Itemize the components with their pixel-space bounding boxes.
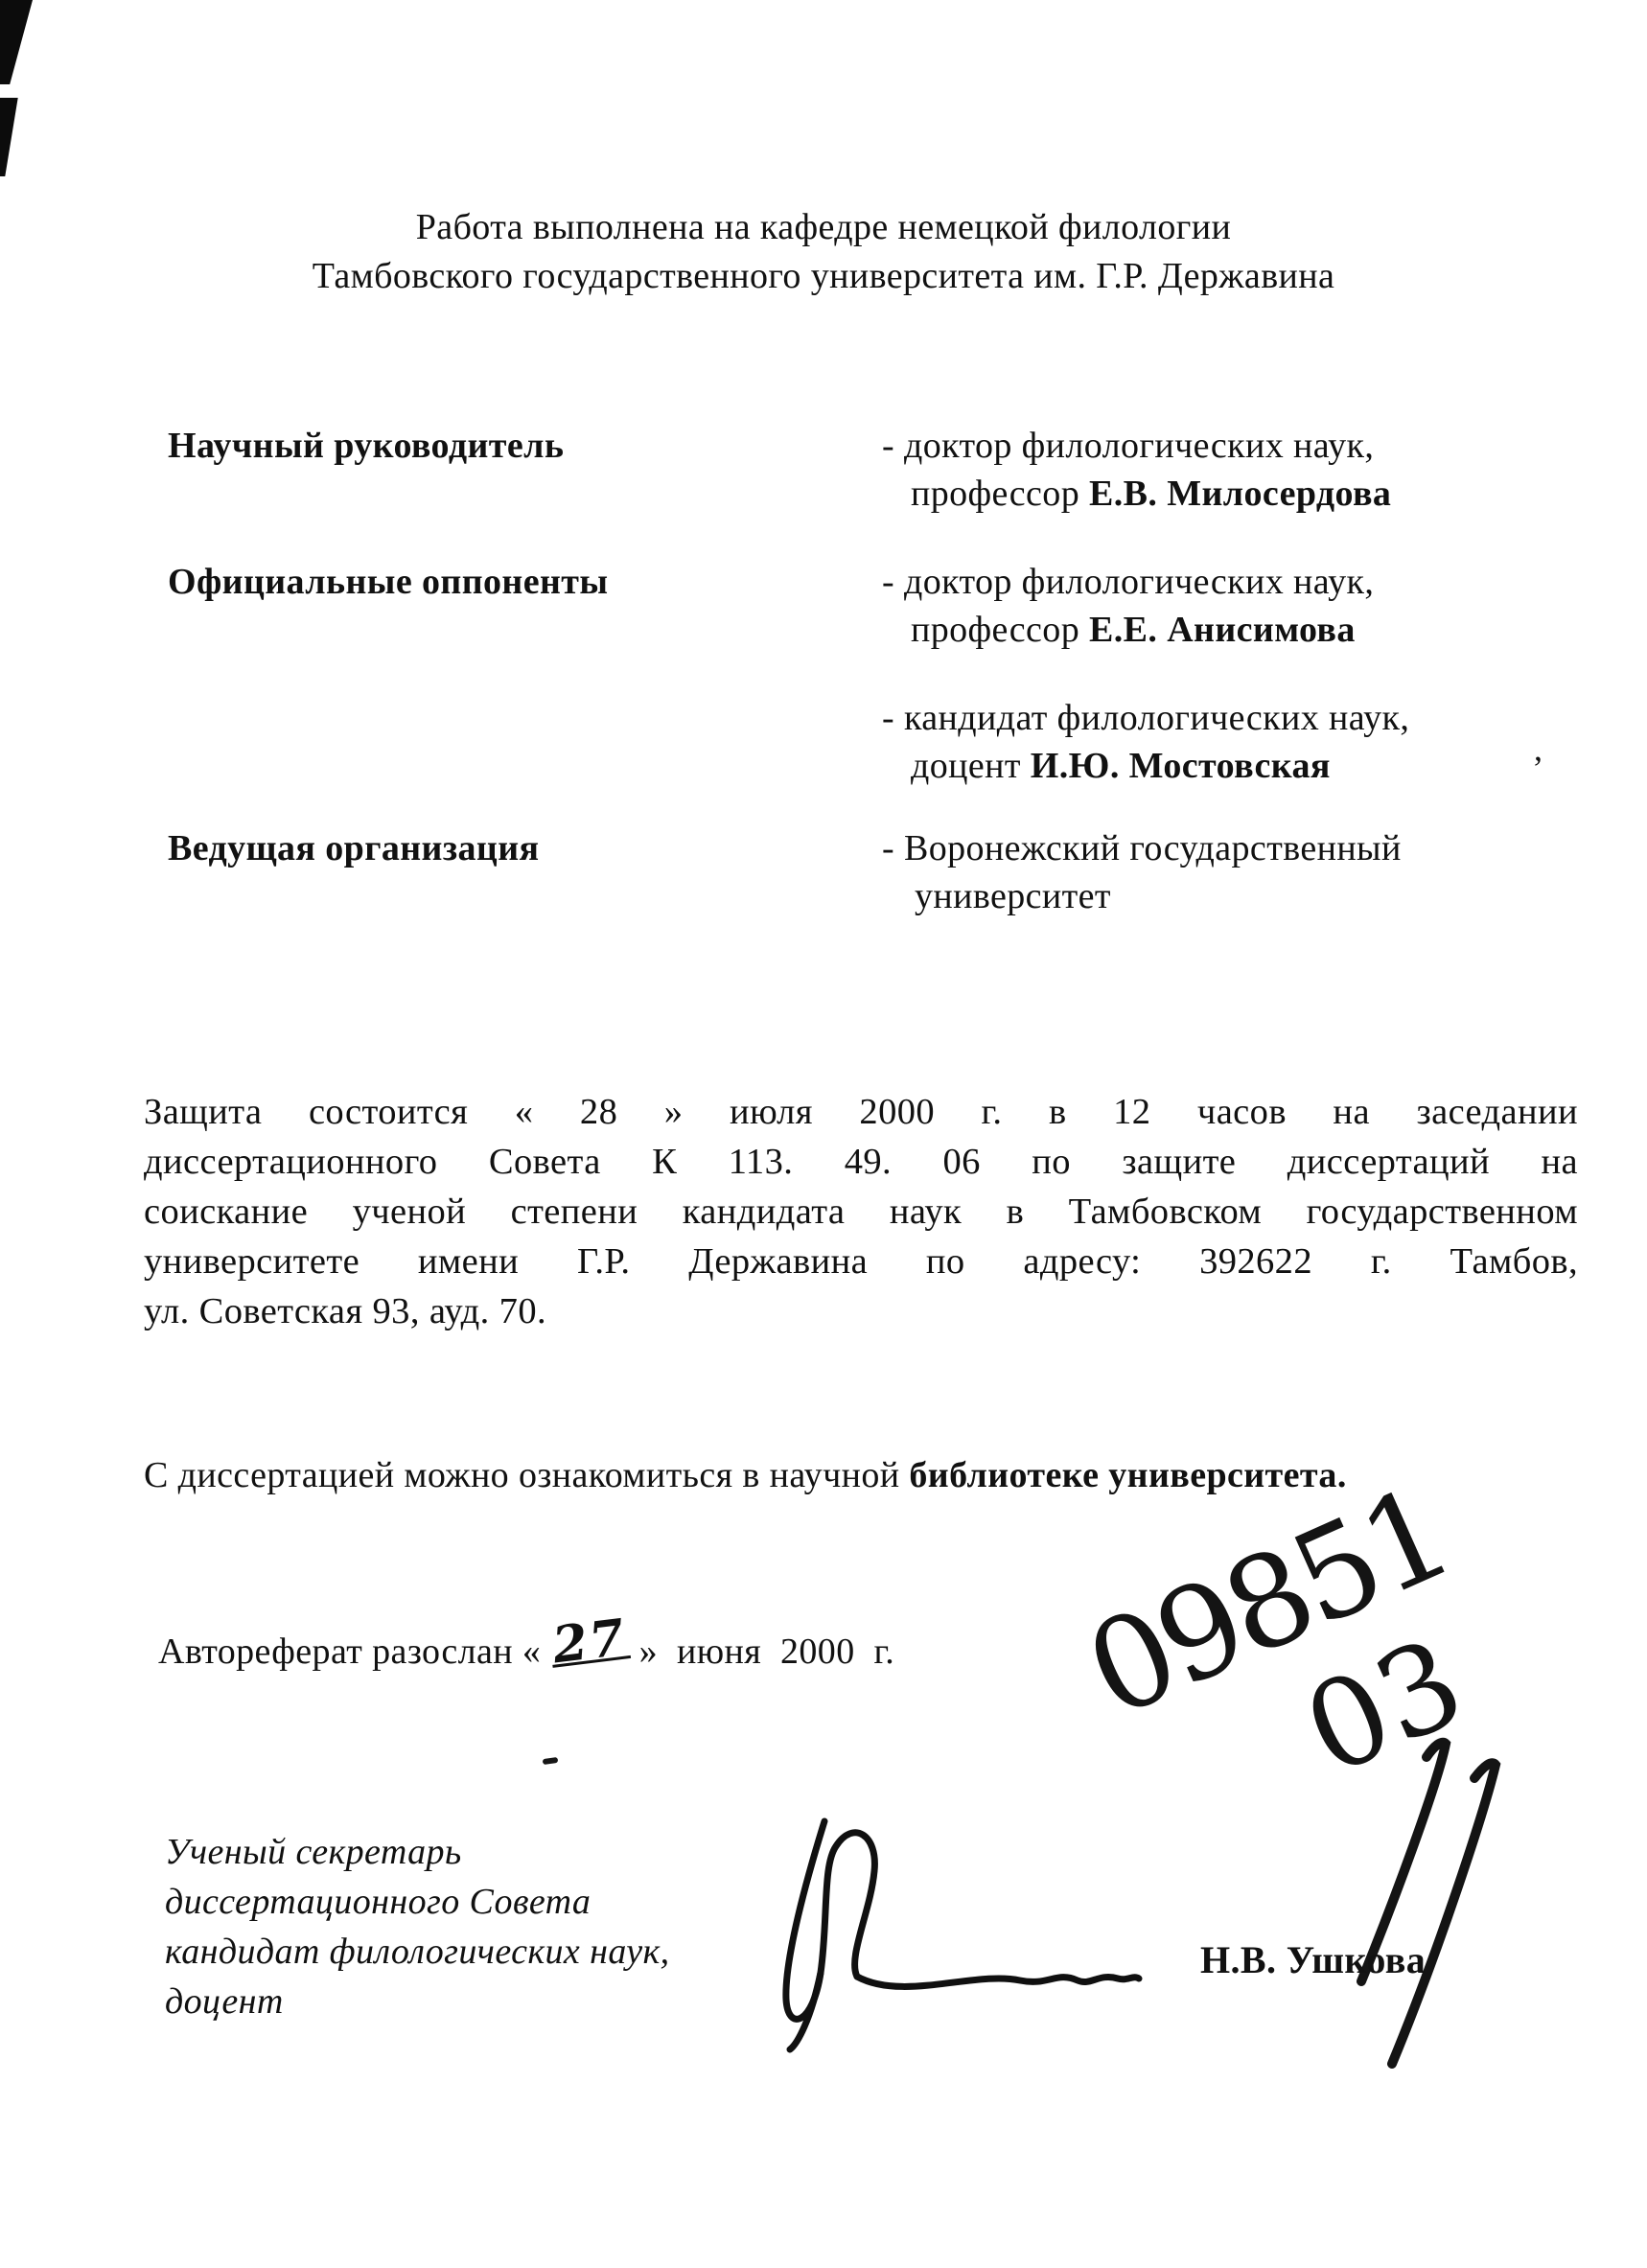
opponents-label: Официальные оппоненты [168, 558, 608, 606]
leading-org-line-1: - Воронежский государственный [882, 824, 1402, 872]
header-block: Работа выполнена на кафедре немецкой фил… [0, 203, 1647, 301]
opponent1-name-line: профессор Е.Е. Анисимова [882, 606, 1374, 654]
opponent1-title: профессор [911, 610, 1089, 650]
supervisor-name: Е.В. Милосердова [1089, 474, 1391, 514]
opponent2-degree: - кандидат филологических наук, [882, 694, 1409, 742]
secretary-line: диссертационного Совета [165, 1877, 670, 1927]
supervisor-entry: - доктор филологических наук, профессор … [882, 422, 1391, 518]
opponent2-entry: - кандидат филологических наук, доцент И… [882, 694, 1409, 790]
leading-org-label: Ведущая организация [168, 824, 539, 872]
signature-handwriting [740, 1816, 1152, 2057]
defense-line: ул. Советская 93, ауд. 70. [144, 1286, 1578, 1336]
supervisor-name-line: профессор Е.В. Милосердова [882, 470, 1391, 518]
defense-line: Защита состоится « 28 » июля 2000 г. в 1… [144, 1087, 1578, 1137]
leading-org-entry: - Воронежский государственный университе… [882, 824, 1402, 920]
defense-paragraph: Защита состоится « 28 » июля 2000 г. в 1… [144, 1087, 1578, 1336]
dispatch-prefix: Автореферат разослан « [158, 1632, 541, 1672]
secretary-line: кандидат филологических наук, [165, 1927, 670, 1977]
header-line-2: Тамбовского государственного университет… [0, 252, 1647, 301]
library-note-bold: библиотеке университета. [909, 1455, 1346, 1495]
stray-ink-comma: , [1534, 729, 1543, 769]
defense-line: соискание ученой степени кандидата наук … [144, 1187, 1578, 1237]
opponent2-title: доцент [911, 746, 1031, 786]
leading-org-line-2: университет [882, 872, 1402, 920]
dispatch-line: Автореферат разослан «27» июня 2000 г. [158, 1628, 894, 1676]
opponent2-name: И.Ю. Мостовская [1031, 746, 1331, 786]
supervisor-degree: - доктор филологических наук, [882, 422, 1391, 470]
secretary-line: доцент [165, 1977, 670, 2026]
opponent2-name-line: доцент И.Ю. Мостовская [882, 742, 1409, 790]
opponent1-entry: - доктор филологических наук, профессор … [882, 558, 1374, 654]
dispatch-suffix: » июня 2000 г. [639, 1632, 894, 1672]
defense-line: диссертационного Совета К 113. 49. 06 по… [144, 1137, 1578, 1187]
opponent1-degree: - доктор филологических наук, [882, 558, 1374, 606]
scan-artifact-mark-bottom [0, 98, 23, 176]
secretary-name: Н.В. Ушкова [1200, 1936, 1426, 1984]
scanned-document-page: Работа выполнена на кафедре немецкой фил… [0, 0, 1647, 2268]
stray-ink-dot [543, 1757, 559, 1765]
library-note-regular: С диссертацией можно ознакомиться в науч… [144, 1455, 909, 1495]
secretary-line: Ученый секретарь [165, 1827, 670, 1877]
stamp-number-row3-strokes [1361, 1743, 1496, 2064]
header-line-1: Работа выполнена на кафедре немецкой фил… [0, 203, 1647, 252]
handwritten-day: 27 [548, 1621, 632, 1668]
defense-line: университете имени Г.Р. Державина по адр… [144, 1237, 1578, 1286]
opponent1-name: Е.Е. Анисимова [1089, 610, 1356, 650]
scan-artifact-mark-top [0, 0, 33, 84]
supervisor-title: профессор [911, 474, 1089, 514]
secretary-block: Ученый секретарь диссертационного Совета… [165, 1827, 670, 2026]
supervisor-label: Научный руководитель [168, 422, 564, 470]
